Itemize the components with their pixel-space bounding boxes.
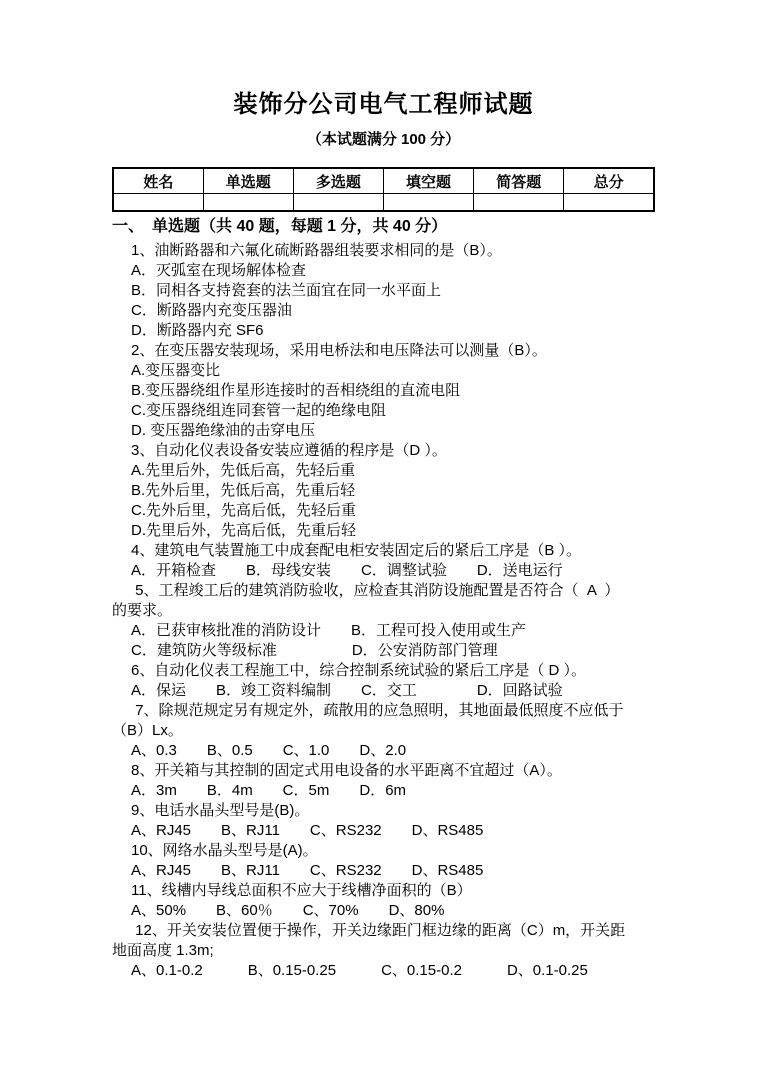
question-line: 6、自动化仪表工程施工中，综合控制系统试验的紧后工序是（ D ）。	[112, 661, 655, 681]
score-cell-multi-choice	[293, 194, 383, 212]
page-title: 装饰分公司电气工程师试题	[112, 90, 655, 120]
option-line: A．保运 B．竣工资料编制 C．交工 D．回路试验	[112, 681, 655, 701]
option-line: B．同相各支持瓷套的法兰面宜在同一水平面上	[112, 281, 655, 301]
option-line: A．3m B．4m C．5m D．6m	[112, 781, 655, 801]
option-line: C．建筑防火等级标准 D．公安消防部门管理	[112, 641, 655, 661]
option-line: C.先外后里，先高后低，先轻后重	[112, 501, 655, 521]
option-line: D.先里后外，先高后低，先重后轻	[112, 521, 655, 541]
score-col-name: 姓名	[113, 168, 203, 194]
option-line: A．开箱检查 B．母线安装 C．调整试验 D．送电运行	[112, 561, 655, 581]
question-line: 7、除规范规定另有规定外，疏散用的应急照明，其地面最低照度不应低于	[112, 701, 655, 721]
question-line: 3、自动化仪表设备安装应遵循的程序是（D ）。	[112, 441, 655, 461]
score-cell-short-answer	[474, 194, 564, 212]
question-line: 9、电话水晶头型号是(B)。	[112, 801, 655, 821]
option-line: A、RJ45 B、RJ11 C、RS232 D、RS485	[112, 821, 655, 841]
score-table: 姓名 单选题 多选题 填空题 简答题 总分	[112, 167, 655, 212]
option-line: C.变压器绕组连同套管一起的绝缘电阻	[112, 401, 655, 421]
option-line: A、0.1-0.2 B、0.15-0.25 C、0.15-0.2 D、0.1-0…	[112, 961, 655, 981]
option-line: A、RJ45 B、RJ11 C、RS232 D、RS485	[112, 861, 655, 881]
score-col-multi-choice: 多选题	[293, 168, 383, 194]
question-line: 10、网络水晶头型号是(A)。	[112, 841, 655, 861]
score-cell-single-choice	[203, 194, 293, 212]
score-cell-name	[113, 194, 203, 212]
score-table-header-row: 姓名 单选题 多选题 填空题 简答题 总分	[113, 168, 654, 194]
option-line: A.变压器变比	[112, 361, 655, 381]
option-line: A、0.3 B、0.5 C、1.0 D、2.0	[112, 741, 655, 761]
exam-document-page: 装饰分公司电气工程师试题 （本试题满分 100 分） 姓名 单选题 多选题 填空…	[0, 0, 763, 1080]
question-line: 4、建筑电气装置施工中成套配电柜安装固定后的紧后工序是（B ）。	[112, 541, 655, 561]
continuation-line: 地面高度 1.3m;	[112, 941, 655, 961]
score-cell-fill-blank	[383, 194, 473, 212]
question-line: 12、开关安装位置便于操作，开关边缘距门框边缘的距离（C）m，开关距	[112, 921, 655, 941]
question-line: 1、油断路器和六氟化硫断路器组装要求相同的是（B）。	[112, 241, 655, 261]
score-cell-total	[564, 194, 654, 212]
score-col-single-choice: 单选题	[203, 168, 293, 194]
option-line: B.变压器绕组作星形连接时的吾相绕组的直流电阻	[112, 381, 655, 401]
score-col-short-answer: 简答题	[474, 168, 564, 194]
option-line: D．断路器内充 SF6	[112, 321, 655, 341]
question-line: 5、工程竣工后的建筑消防验收，应检查其消防设施配置是否符合（ A ）	[112, 581, 655, 601]
section-heading-single-choice: 一、 单选题（共 40 题，每题 1 分，共 40 分）	[112, 216, 655, 238]
document-content: 装饰分公司电气工程师试题 （本试题满分 100 分） 姓名 单选题 多选题 填空…	[112, 90, 655, 981]
question-line: 11、线槽内导线总面积不应大于线槽净面积的（B）	[112, 881, 655, 901]
score-table-blank-row	[113, 194, 654, 212]
option-line: A．已获审核批准的消防设计 B．工程可投入使用或生产	[112, 621, 655, 641]
option-line: A、50% B、60％ C、70% D、80%	[112, 901, 655, 921]
option-line: D. 变压器绝缘油的击穿电压	[112, 421, 655, 441]
score-col-fill-blank: 填空题	[383, 168, 473, 194]
option-line: A.先里后外，先低后高，先轻后重	[112, 461, 655, 481]
option-line: B.先外后里，先低后高，先重后轻	[112, 481, 655, 501]
page-subtitle: （本试题满分 100 分）	[112, 129, 655, 150]
score-col-total: 总分	[564, 168, 654, 194]
question-line: 2、在变压器安装现场，采用电桥法和电压降法可以测量（B）。	[112, 341, 655, 361]
option-line: C．断路器内充变压器油	[112, 301, 655, 321]
continuation-line: 的要求。	[112, 601, 655, 621]
question-list: 1、油断路器和六氟化硫断路器组装要求相同的是（B）。A．灭弧室在现场解体检查B．…	[112, 241, 655, 981]
question-line: 8、开关箱与其控制的固定式用电设备的水平距离不宜超过（A）。	[112, 761, 655, 781]
continuation-line: （B）Lx。	[112, 721, 655, 741]
option-line: A．灭弧室在现场解体检查	[112, 261, 655, 281]
